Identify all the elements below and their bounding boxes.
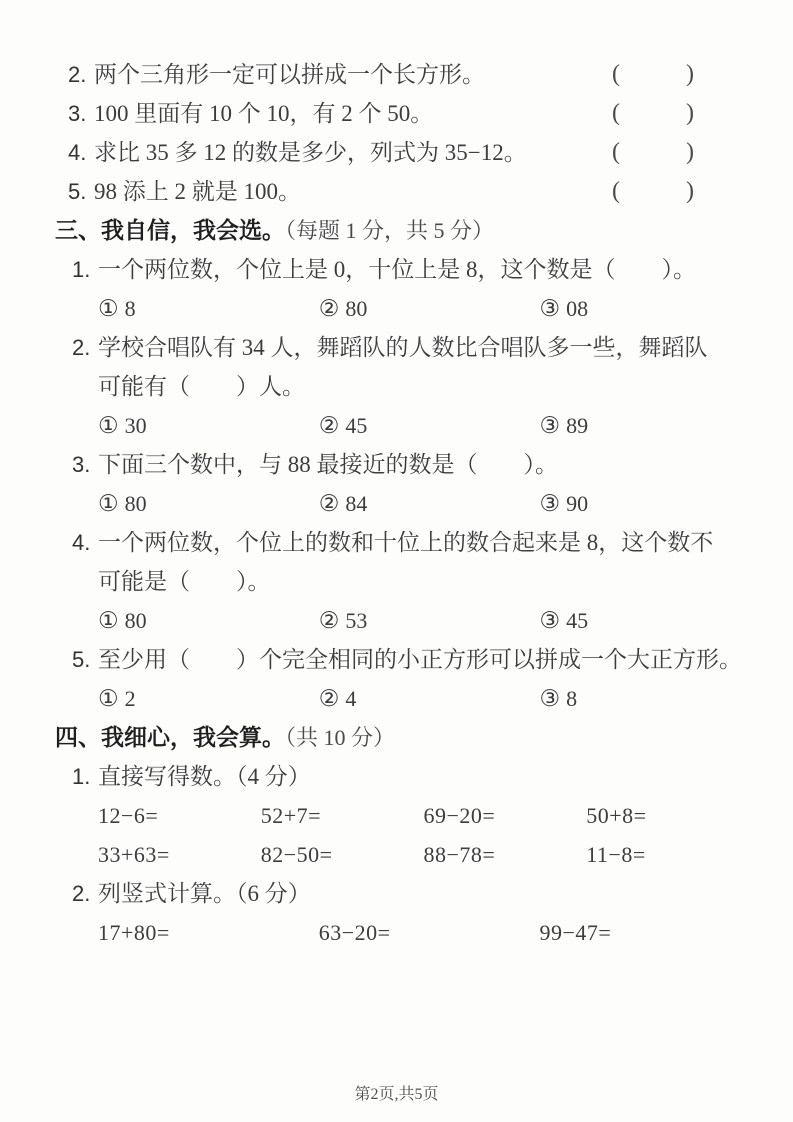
- question-text: 可能有（ ）人。: [98, 374, 305, 399]
- option-mark: ②: [319, 296, 340, 321]
- question-line: 4.求比 35 多 12 的数是多少，列式为 35−12。: [55, 133, 527, 172]
- option-value: 84: [345, 491, 367, 516]
- question-text: 100 里面有 10 个 10，有 2 个 50。: [94, 101, 433, 126]
- option-value: 89: [566, 413, 588, 438]
- section-title: 三、我自信，我会选。: [55, 217, 285, 243]
- option: ②80: [319, 289, 534, 328]
- answer-paren-close: ): [686, 172, 694, 211]
- calc-row: 17+80= 63−20= 99−47=: [55, 913, 738, 952]
- option-value: 53: [345, 608, 367, 633]
- answer-blank: ( ): [612, 172, 694, 211]
- option-mark: ③: [540, 491, 561, 516]
- option-value: 2: [125, 686, 136, 711]
- calc-subsection-title: 2.列竖式计算。（6 分）: [55, 874, 738, 913]
- option-mark: ③: [540, 608, 561, 633]
- question-number: 3.: [68, 94, 94, 133]
- question-text: 可能是（ ）。: [98, 569, 271, 594]
- option-mark: ②: [319, 686, 340, 711]
- option-mark: ③: [540, 296, 561, 321]
- option-value: 90: [566, 491, 588, 516]
- option-value: 45: [566, 608, 588, 633]
- question-number: 4.: [68, 133, 94, 172]
- question-number: 2.: [72, 328, 98, 367]
- option: ①80: [98, 601, 313, 640]
- choice-question-line: 5.至少用（ ）个完全相同的小正方形可以拼成一个大正方形。: [55, 640, 738, 679]
- answer-paren-close: ): [686, 55, 694, 94]
- question-text: 98 添上 2 就是 100。: [94, 179, 301, 204]
- options-row: ①8 ②80 ③08: [55, 289, 738, 328]
- option-mark: ①: [98, 491, 119, 516]
- options-row: ①30 ②45 ③89: [55, 406, 738, 445]
- answer-paren-open: (: [612, 133, 620, 172]
- section-points: （共 10 分）: [285, 725, 395, 750]
- calc-expression: 82−50=: [261, 835, 418, 874]
- option: ②53: [319, 601, 534, 640]
- question-number: 5.: [68, 172, 94, 211]
- question-text: 一个两位数，个位上是 0，十位上是 8，这个数是（ ）。: [98, 257, 696, 282]
- option: ③89: [540, 406, 589, 445]
- choice-question-line-cont: 可能有（ ）人。: [55, 367, 738, 406]
- choice-question-line: 1.一个两位数，个位上是 0，十位上是 8，这个数是（ ）。: [55, 250, 738, 289]
- option-mark: ③: [540, 413, 561, 438]
- question-line: 2.两个三角形一定可以拼成一个长方形。: [55, 55, 485, 94]
- option: ①30: [98, 406, 313, 445]
- calc-expression: 52+7=: [261, 796, 418, 835]
- question-number: 2.: [72, 874, 98, 913]
- option: ②84: [319, 484, 534, 523]
- section-calc-heading: 四、我细心，我会算。（共 10 分）: [55, 718, 738, 757]
- answer-blank: ( ): [612, 55, 694, 94]
- choice-question-line: 2.学校合唱队有 34 人，舞蹈队的人数比合唱队多一些，舞蹈队: [55, 328, 738, 367]
- question-line: 5.98 添上 2 就是 100。: [55, 172, 301, 211]
- options-row: ①80 ②84 ③90: [55, 484, 738, 523]
- choice-question-line: 3.下面三个数中，与 88 最接近的数是（ ）。: [55, 445, 738, 484]
- option-mark: ③: [540, 686, 561, 711]
- answer-paren-open: (: [612, 172, 620, 211]
- option: ③45: [540, 601, 589, 640]
- option-value: 08: [566, 296, 588, 321]
- option-mark: ②: [319, 608, 340, 633]
- answer-blank: ( ): [612, 133, 694, 172]
- option: ②4: [319, 679, 534, 718]
- question-text: 求比 35 多 12 的数是多少，列式为 35−12。: [94, 140, 527, 165]
- question-text: 至少用（ ）个完全相同的小正方形可以拼成一个大正方形。: [98, 647, 742, 672]
- option-mark: ②: [319, 413, 340, 438]
- option-value: 80: [125, 608, 147, 633]
- options-row: ①2 ②4 ③8: [55, 679, 738, 718]
- answer-paren-open: (: [612, 55, 620, 94]
- option: ①8: [98, 289, 313, 328]
- answer-paren-open: (: [612, 94, 620, 133]
- option-value: 8: [566, 686, 577, 711]
- calc-expression: 63−20=: [319, 913, 534, 952]
- calc-expression: 11−8=: [586, 835, 646, 874]
- question-text: 下面三个数中，与 88 最接近的数是（ ）。: [98, 452, 558, 477]
- option-mark: ①: [98, 608, 119, 633]
- calc-expression: 33+63=: [98, 835, 255, 874]
- option: ③90: [540, 484, 589, 523]
- tf-question-row: 3.100 里面有 10 个 10，有 2 个 50。 ( ): [55, 94, 738, 133]
- calc-row: 33+63= 82−50= 88−78= 11−8=: [55, 835, 738, 874]
- question-number: 5.: [72, 640, 98, 679]
- subsection-title-text: 直接写得数。（4 分）: [98, 764, 311, 789]
- calc-expression: 17+80=: [98, 913, 313, 952]
- question-number: 1.: [72, 757, 98, 796]
- question-line: 3.100 里面有 10 个 10，有 2 个 50。: [55, 94, 433, 133]
- option-value: 4: [345, 686, 356, 711]
- calc-expression: 69−20=: [424, 796, 581, 835]
- answer-paren-close: ): [686, 133, 694, 172]
- option-value: 30: [125, 413, 147, 438]
- calc-expression: 12−6=: [98, 796, 255, 835]
- option-value: 45: [345, 413, 367, 438]
- section-choice-heading: 三、我自信，我会选。（每题 1 分，共 5 分）: [55, 211, 738, 250]
- question-text: 两个三角形一定可以拼成一个长方形。: [94, 62, 485, 87]
- calc-expression: 50+8=: [586, 796, 646, 835]
- question-text: 一个两位数，个位上的数和十位上的数合起来是 8，这个数不: [98, 530, 713, 555]
- question-text: 学校合唱队有 34 人，舞蹈队的人数比合唱队多一些，舞蹈队: [98, 335, 708, 360]
- choice-question-line-cont: 可能是（ ）。: [55, 562, 738, 601]
- calc-expression: 99−47=: [540, 913, 612, 952]
- tf-question-row: 2.两个三角形一定可以拼成一个长方形。 ( ): [55, 55, 738, 94]
- section-title: 四、我细心，我会算。: [55, 724, 285, 750]
- options-row: ①80 ②53 ③45: [55, 601, 738, 640]
- question-number: 2.: [68, 55, 94, 94]
- choice-question-line: 4.一个两位数，个位上的数和十位上的数合起来是 8，这个数不: [55, 523, 738, 562]
- tf-question-row: 5.98 添上 2 就是 100。 ( ): [55, 172, 738, 211]
- option: ③08: [540, 289, 589, 328]
- option: ①80: [98, 484, 313, 523]
- option-mark: ①: [98, 296, 119, 321]
- answer-blank: ( ): [612, 94, 694, 133]
- calc-row: 12−6= 52+7= 69−20= 50+8=: [55, 796, 738, 835]
- option-mark: ①: [98, 686, 119, 711]
- subsection-title-text: 列竖式计算。（6 分）: [98, 881, 311, 906]
- option: ③8: [540, 679, 578, 718]
- option-value: 80: [345, 296, 367, 321]
- question-number: 1.: [72, 250, 98, 289]
- option-mark: ①: [98, 413, 119, 438]
- section-points: （每题 1 分，共 5 分）: [285, 218, 494, 243]
- page-content: 2.两个三角形一定可以拼成一个长方形。 ( ) 3.100 里面有 10 个 1…: [0, 0, 793, 952]
- option-value: 8: [125, 296, 136, 321]
- calc-subsection-title: 1.直接写得数。（4 分）: [55, 757, 738, 796]
- option-mark: ②: [319, 491, 340, 516]
- option-value: 80: [125, 491, 147, 516]
- page-footer: 第2页,共5页: [0, 1081, 793, 1104]
- calc-expression: 88−78=: [424, 835, 581, 874]
- question-number: 4.: [72, 523, 98, 562]
- option: ①2: [98, 679, 313, 718]
- tf-question-row: 4.求比 35 多 12 的数是多少，列式为 35−12。 ( ): [55, 133, 738, 172]
- answer-paren-close: ): [686, 94, 694, 133]
- option: ②45: [319, 406, 534, 445]
- question-number: 3.: [72, 445, 98, 484]
- exam-page: 2.两个三角形一定可以拼成一个长方形。 ( ) 3.100 里面有 10 个 1…: [0, 0, 793, 1122]
